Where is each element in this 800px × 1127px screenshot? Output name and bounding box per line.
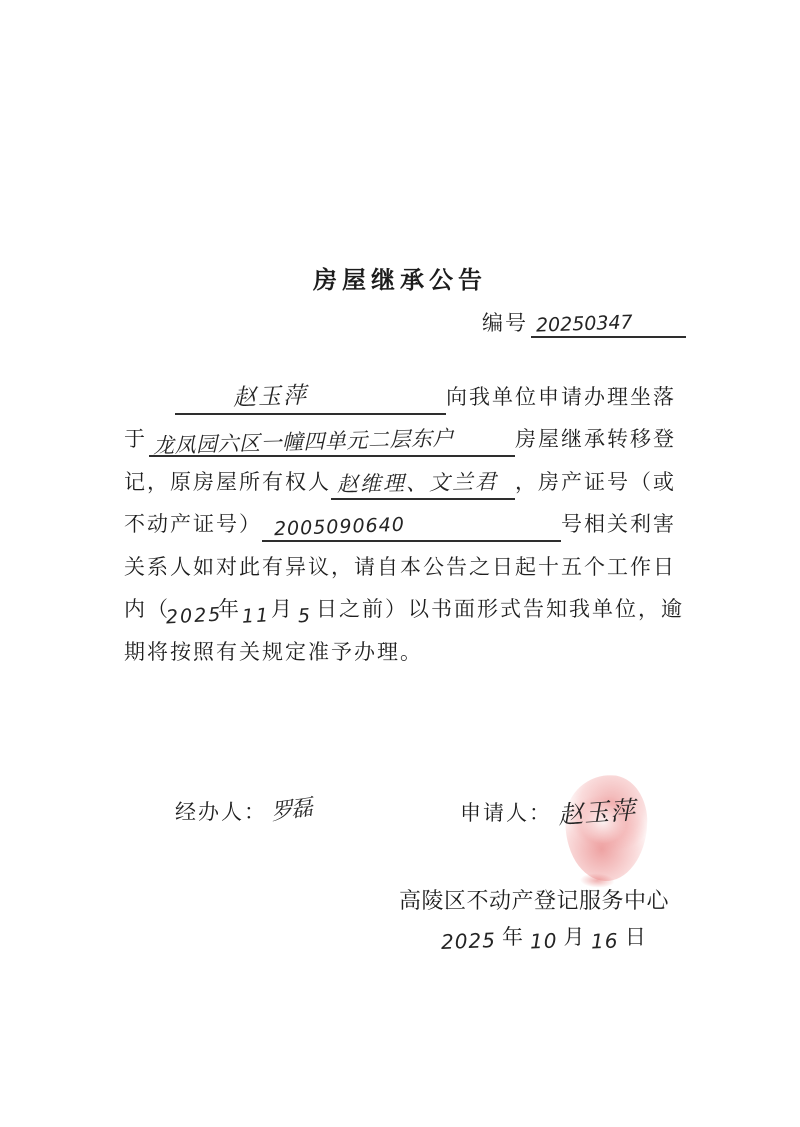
printed-text: ，房产证号（或 bbox=[515, 464, 676, 500]
document-page: 房屋继承公告 编号 20250347 赵玉萍 向我单位申请办理坐落 于 龙凤园六… bbox=[0, 0, 800, 1127]
body-line-3: 记，原房屋所有权人 赵维理、文兰君 ，房产证号（或 bbox=[124, 457, 676, 500]
body-line-1: 赵玉萍 向我单位申请办理坐落 bbox=[124, 372, 676, 415]
body-line-6: 内（ 2025 年 11 月 5 日之前）以书面形式告知我单位，逾 bbox=[124, 585, 676, 628]
serial-row: 编号 20250347 bbox=[482, 306, 686, 338]
owners-underline: 赵维理、文兰君 bbox=[331, 460, 515, 500]
serial-underline: 20250347 bbox=[531, 315, 686, 338]
printed-text: 向我单位申请办理坐落 bbox=[446, 379, 676, 415]
deadline-day-handwritten: 5 bbox=[297, 607, 312, 628]
date-day-handwritten: 16 bbox=[591, 931, 619, 953]
applicant-label: 申请人： bbox=[460, 800, 552, 826]
printed-text: 日之前）以书面形式告知我单位，逾 bbox=[316, 591, 684, 627]
signature-area: 经办人： 罗磊 申请人： 赵玉萍 bbox=[0, 797, 800, 857]
cert-number-underline: 2005090640 bbox=[262, 502, 561, 542]
printed-text: 于 bbox=[124, 421, 147, 457]
date-year-handwritten: 2025 bbox=[441, 930, 497, 953]
deadline-month-handwritten: 11 bbox=[241, 606, 270, 627]
doc-title: 房屋继承公告 bbox=[0, 260, 800, 295]
printed-text: 期将按照有关规定准予办理。 bbox=[124, 634, 423, 670]
printed-text: 房屋继承转移登 bbox=[515, 421, 676, 457]
date-month-unit: 月 bbox=[563, 922, 585, 952]
date-line: 2025 年 10 月 16 日 bbox=[399, 922, 689, 952]
deadline-year-slot: 2025 bbox=[170, 607, 218, 627]
address-underline: 龙凤园六区一幢四单元二层东户 bbox=[149, 417, 515, 457]
body-line-2: 于 龙凤园六区一幢四单元二层东户 房屋继承转移登 bbox=[124, 415, 676, 458]
date-month-handwritten: 10 bbox=[530, 931, 558, 953]
applicant-name-underline: 赵玉萍 bbox=[175, 375, 446, 415]
printed-text: 号相关利害 bbox=[561, 506, 676, 542]
printed-text: 记，原房屋所有权人 bbox=[124, 464, 331, 500]
handler-label: 经办人： bbox=[175, 799, 267, 825]
org-name: 高陵区不动产登记服务中心 bbox=[399, 884, 689, 915]
handler-row: 经办人： 罗磊 bbox=[175, 799, 311, 825]
body-line-7: 期将按照有关规定准予办理。 bbox=[124, 627, 676, 670]
serial-value-handwritten: 20250347 bbox=[536, 313, 633, 336]
applicant-name-handwritten: 赵玉萍 bbox=[233, 384, 309, 411]
handler-signature-handwritten: 罗磊 bbox=[270, 796, 313, 824]
deadline-day-slot: 5 bbox=[294, 607, 316, 627]
printed-text: 关系人如对此有异议，请自本公告之日起十五个工作日 bbox=[124, 549, 676, 585]
owners-handwritten: 赵维理、文兰君 bbox=[337, 471, 498, 496]
body-paragraph: 赵玉萍 向我单位申请办理坐落 于 龙凤园六区一幢四单元二层东户 房屋继承转移登 … bbox=[124, 372, 676, 670]
body-line-4: 不动产证号） 2005090640 号相关利害 bbox=[124, 500, 676, 543]
date-day-unit: 日 bbox=[625, 922, 647, 952]
deadline-year-handwritten: 2025 bbox=[165, 606, 222, 629]
applicant-signature-handwritten: 赵玉萍 bbox=[557, 797, 637, 829]
date-year-unit: 年 bbox=[502, 922, 524, 952]
printed-text: 月 bbox=[271, 591, 294, 627]
printed-text: 内（ bbox=[124, 591, 170, 627]
deadline-month-slot: 11 bbox=[241, 607, 271, 627]
applicant-row: 申请人： 赵玉萍 bbox=[460, 800, 636, 826]
cert-number-handwritten: 2005090640 bbox=[274, 516, 406, 540]
serial-label: 编号 bbox=[482, 308, 528, 338]
address-handwritten: 龙凤园六区一幢四单元二层东户 bbox=[153, 427, 454, 457]
body-line-5: 关系人如对此有异议，请自本公告之日起十五个工作日 bbox=[124, 542, 676, 585]
printed-text: 不动产证号） bbox=[124, 506, 262, 542]
